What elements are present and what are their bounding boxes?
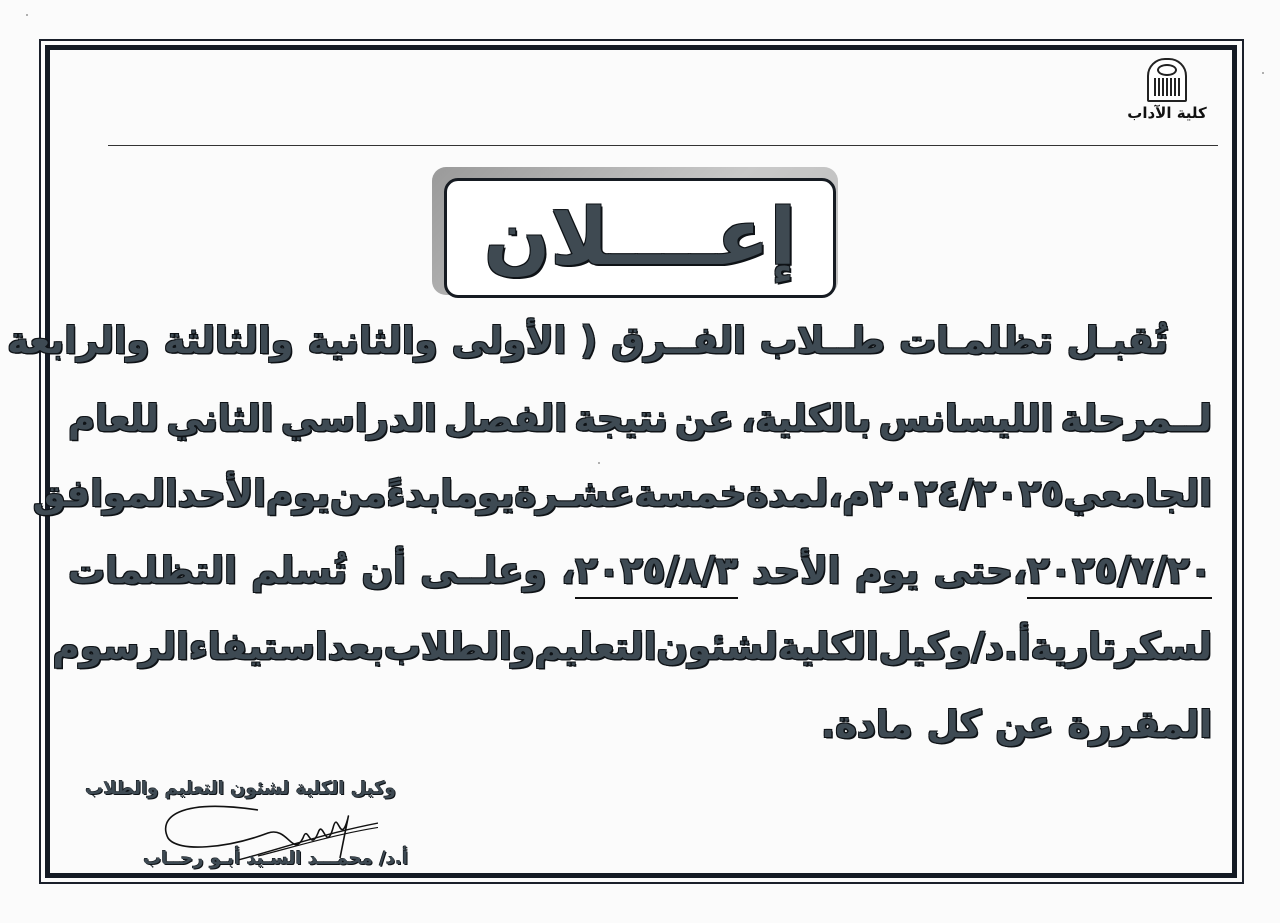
body-word: وعلــى <box>420 552 546 599</box>
rays-icon <box>1154 78 1180 96</box>
body-word: الليسانس <box>879 400 1054 437</box>
body-word: لمدة <box>746 475 828 512</box>
body-line-1: تُقبـل تظلمـات طــلاب الفــرق ( الأولى و… <box>0 322 1168 359</box>
body-word: طــلاب <box>760 322 885 359</box>
title-box: إعــــلان <box>444 178 836 298</box>
body-word: الفــرق <box>611 322 746 359</box>
faculty-emblem-icon <box>1147 58 1187 102</box>
body-word: الأولى <box>452 322 567 359</box>
body-word: للعام <box>68 400 159 437</box>
scan-speck <box>1262 72 1264 74</box>
body-word: تُقبـل <box>1067 322 1168 359</box>
body-word: والثالثة <box>164 322 294 359</box>
sun-icon <box>1157 64 1177 76</box>
body-word: الموافق <box>33 475 178 512</box>
scan-speck <box>26 14 28 16</box>
body-word: والثانية <box>308 322 438 359</box>
body-word: الثاني <box>166 400 273 437</box>
body-line-4: ٢٠٢٥/٧/٢٠،حتى يوم الأحد ٢٠٢٥/٨/٣، وعلــى… <box>68 552 1212 599</box>
signature-block: وكيل الكلية لشئون التعليم والطلاب أ.د/ م… <box>68 778 408 878</box>
body-word: الأحد <box>178 475 266 512</box>
body-word: التعليم <box>535 628 657 665</box>
academic-year: الجامعي٢٠٢٤/٢٠٢٥م، <box>828 475 1212 512</box>
body-word: ( <box>580 322 597 359</box>
body-word: عن <box>675 400 734 437</box>
body-word: أن <box>362 552 406 599</box>
body-word: ، <box>561 549 575 592</box>
body-word: التظلمات <box>68 552 237 599</box>
body-word: الكلية <box>778 628 879 665</box>
start-date: ٢٠٢٥/٧/٢٠ <box>1027 552 1212 599</box>
body-line-2: لــمرحلة الليسانس بالكلية، عن نتيجة الفص… <box>68 400 1212 437</box>
body-word: والرابعة <box>7 322 150 359</box>
body-word: عشـرة <box>514 475 634 512</box>
body-word: تظلمـات <box>899 322 1053 359</box>
body-word: أ.د/ <box>971 628 1030 665</box>
body-line-5: لسكرتارية أ.د/ وكيل الكلية لشئون التعليم… <box>68 628 1212 665</box>
body-word: والطلاب <box>384 628 535 665</box>
body-word: مادة. <box>821 706 913 743</box>
signatory-title: وكيل الكلية لشئون التعليم والطلاب <box>85 778 396 799</box>
scan-speck <box>598 462 600 464</box>
body-word: يوما <box>440 475 514 512</box>
body-word: استيفاء <box>189 628 328 665</box>
body-word: الأحد <box>752 552 840 599</box>
body-word: ،حتى <box>934 549 1027 592</box>
faculty-logo: كلية الآداب <box>1132 58 1202 140</box>
body-word: لــمرحلة <box>1061 400 1212 437</box>
body-word: نتيجة <box>574 400 667 437</box>
body-word: كل <box>927 706 982 743</box>
body-line-6: المقررة عن كل مادة. <box>821 706 1212 743</box>
body-line-3: الجامعي٢٠٢٤/٢٠٢٥م، لمدة خمسة عشـرة يوما … <box>68 475 1212 512</box>
start-date-group: ٢٠٢٥/٧/٢٠،حتى <box>934 552 1212 599</box>
body-word: وكيل <box>879 628 972 665</box>
body-word: تُسلم <box>251 552 347 599</box>
end-date-group: ٢٠٢٥/٨/٣، <box>561 552 738 599</box>
body-word: يوم <box>266 475 330 512</box>
body-word: الفصل <box>444 400 567 437</box>
body-word: بدءًمن <box>330 475 440 512</box>
body-word: الدراسي <box>281 400 437 437</box>
body-word: يوم <box>855 552 919 599</box>
body-word: عن <box>995 706 1054 743</box>
body-word: لسكرتارية <box>1031 628 1213 665</box>
signatory-name: أ.د/ محمـــد السـيد أبـو رحــاب <box>143 848 408 869</box>
body-word: المقررة <box>1068 706 1212 743</box>
end-date: ٢٠٢٥/٨/٣ <box>575 552 738 599</box>
body-word: لشئون <box>656 628 777 665</box>
body-word: خمسة <box>635 475 747 512</box>
body-word: بعد <box>328 628 384 665</box>
body-word: بالكلية، <box>741 400 871 437</box>
header-divider <box>108 145 1218 146</box>
faculty-name: كلية الآداب <box>1127 104 1207 122</box>
announcement-title: إعــــلان <box>484 199 796 277</box>
body-word: الرسوم <box>53 628 189 665</box>
